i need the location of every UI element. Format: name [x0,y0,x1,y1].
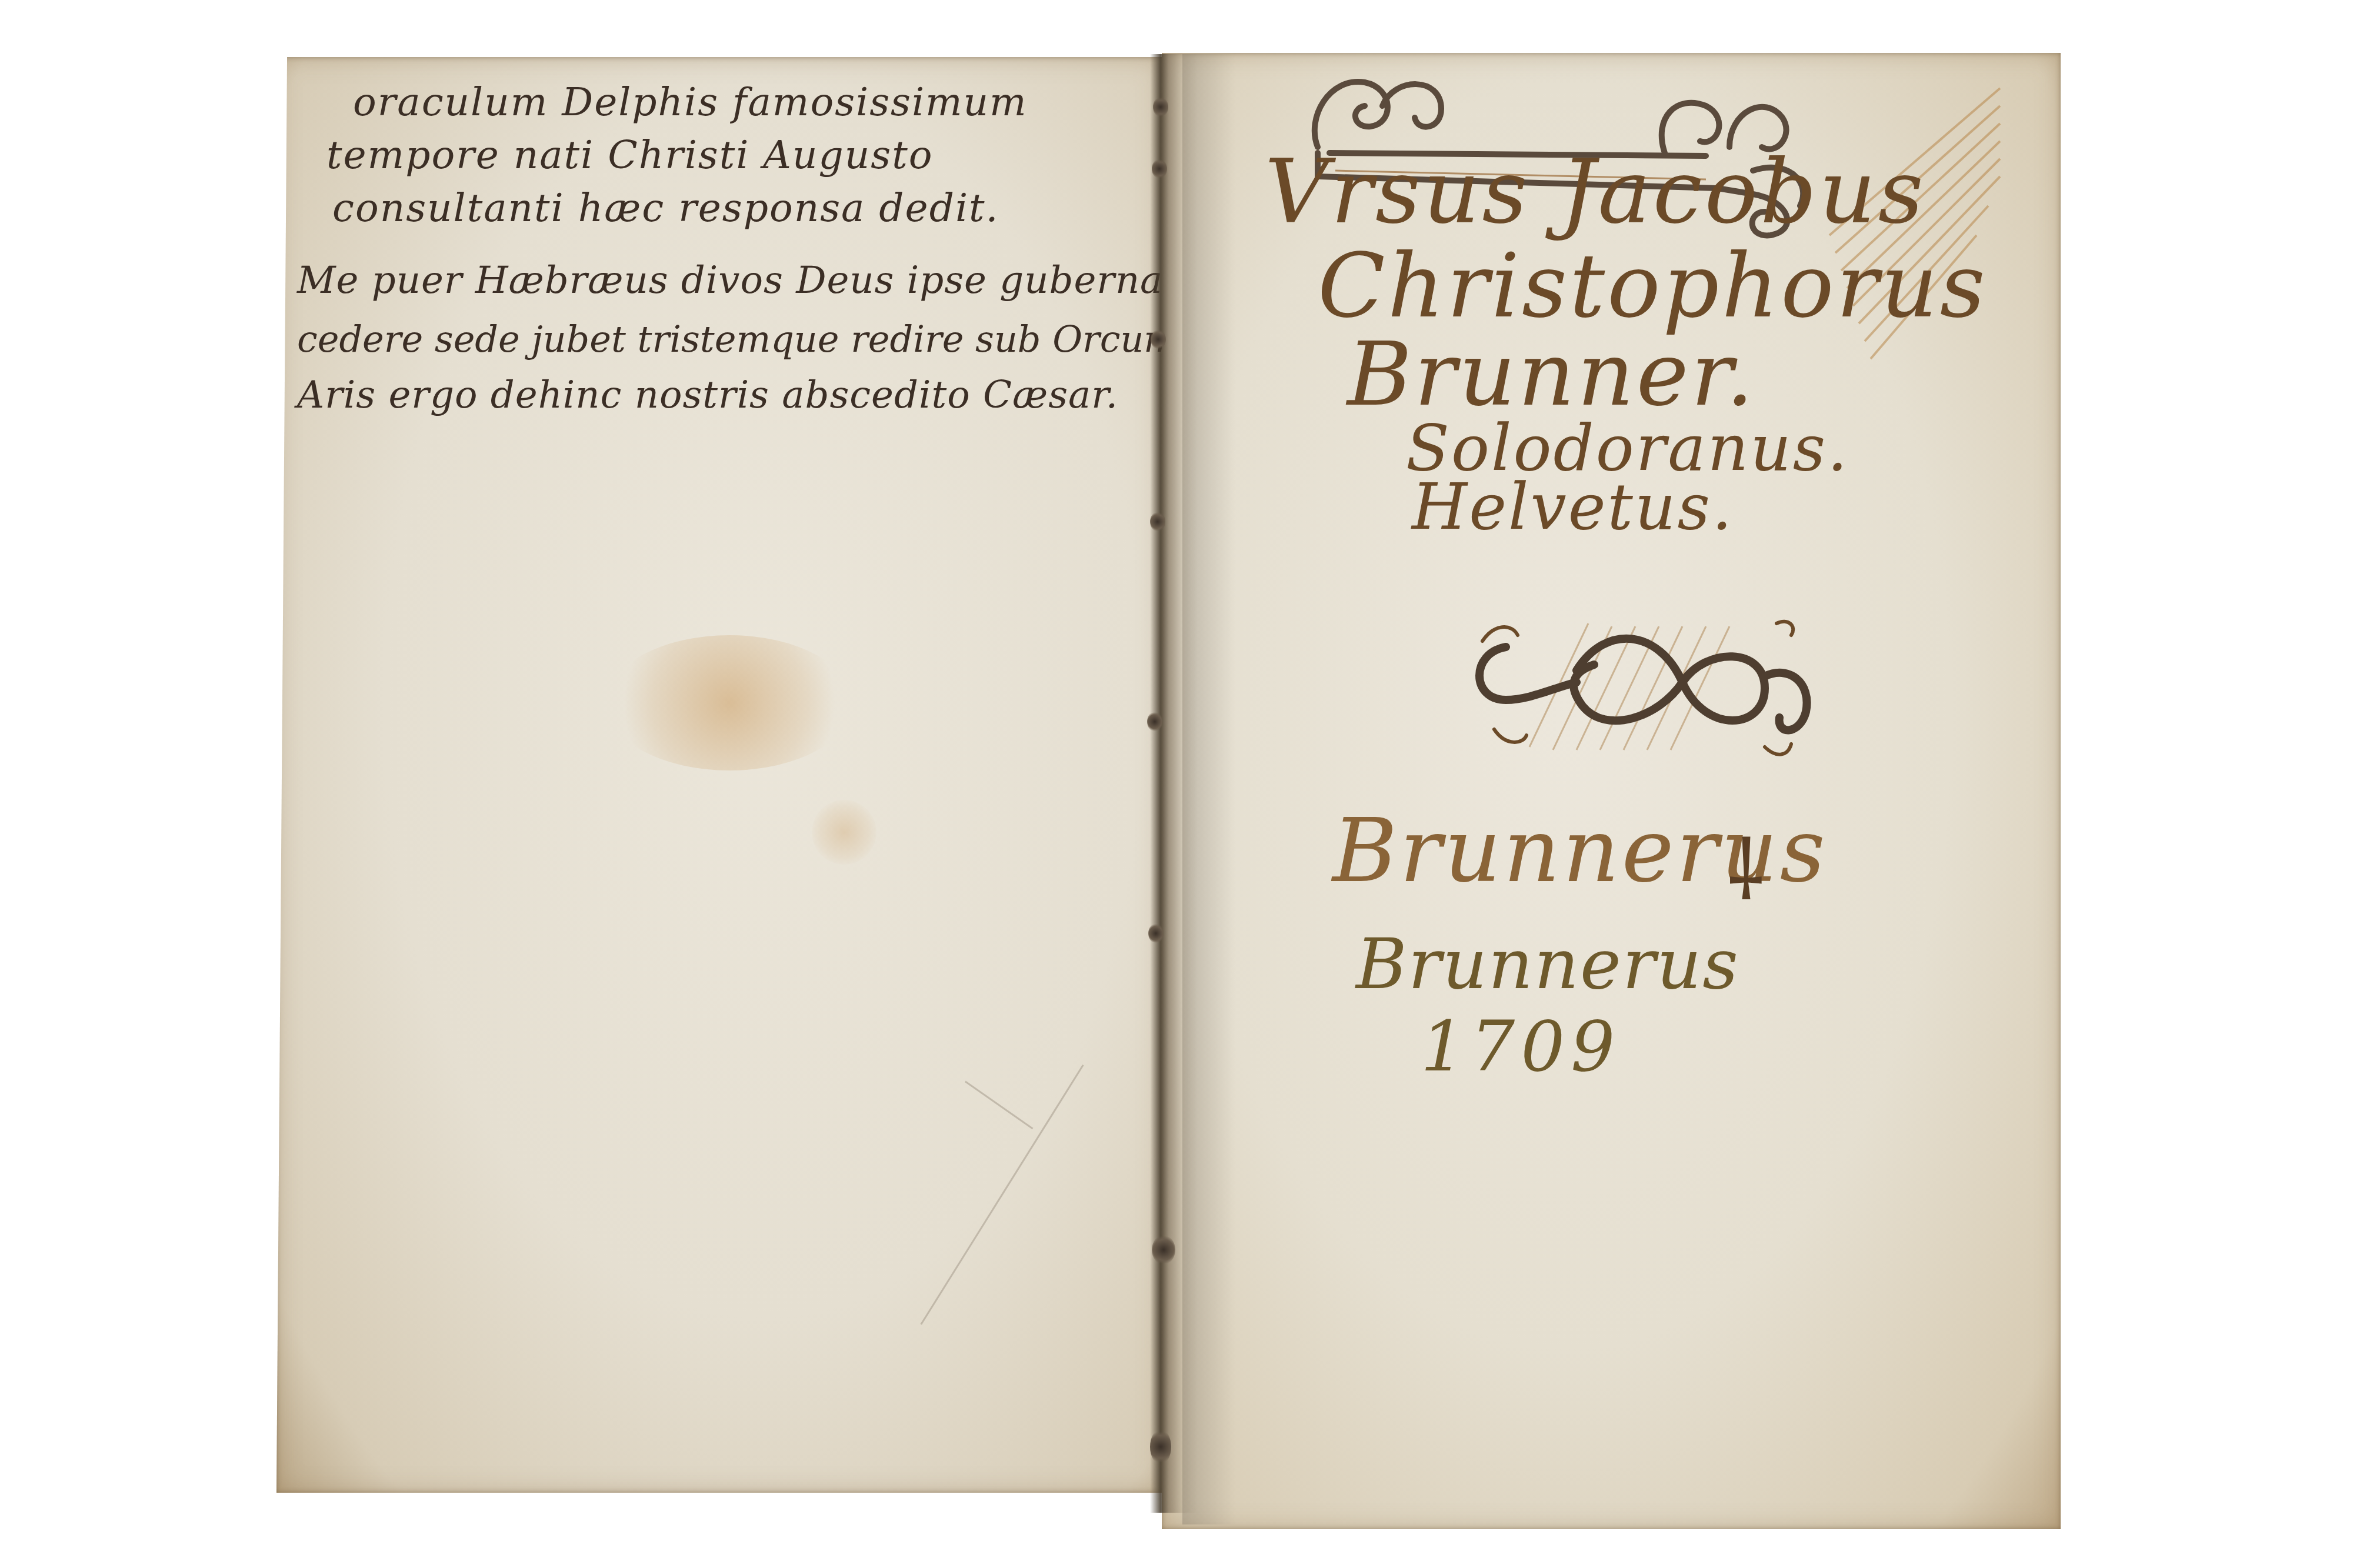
binding-stitch [1150,512,1165,532]
left-text-line-3: consultanti hæc responsa dedit. [332,185,999,231]
signature-mark: ⸸ [1727,812,1767,924]
left-text-line-4: Me puer Hæbræus divos Deus ipse gubernan… [297,259,1208,302]
binding-stitch [1152,159,1167,179]
open-book: oraculum Delphis famosissimum tempore na… [0,0,2353,1568]
left-text-line-1: oraculum Delphis famosissimum [353,79,1028,125]
left-text-line-2: tempore nati Christi Augusto [326,132,933,178]
name-line-5: Helvetus. [1412,471,1734,544]
name-line-2: Christophorus [1318,235,1988,338]
year: 1709 [1421,1006,1621,1087]
binding-stitch [1151,329,1166,349]
binding-stitch [1152,1235,1175,1265]
knot-flourish-ornament [1459,612,1824,765]
binding-stitch [1148,923,1164,943]
left-text-line-5: cedere sede jubet tristemque redire sub … [297,318,1178,361]
binding-stitch [1150,1429,1171,1464]
signature-2: Brunnerus [1356,923,1739,1005]
left-text-line-6: Aris ergo dehinc nostris abscedito Cæsar… [297,373,1118,417]
name-line-3: Brunner. [1347,323,1756,426]
binding-stitch [1147,712,1162,732]
name-line-1: Vrsus Jacobus [1265,141,1926,243]
ink-offset-stain-small [812,800,876,865]
spine-shadow [1182,54,1235,1524]
ink-offset-stain [606,635,853,770]
binding-stitch [1153,97,1168,117]
